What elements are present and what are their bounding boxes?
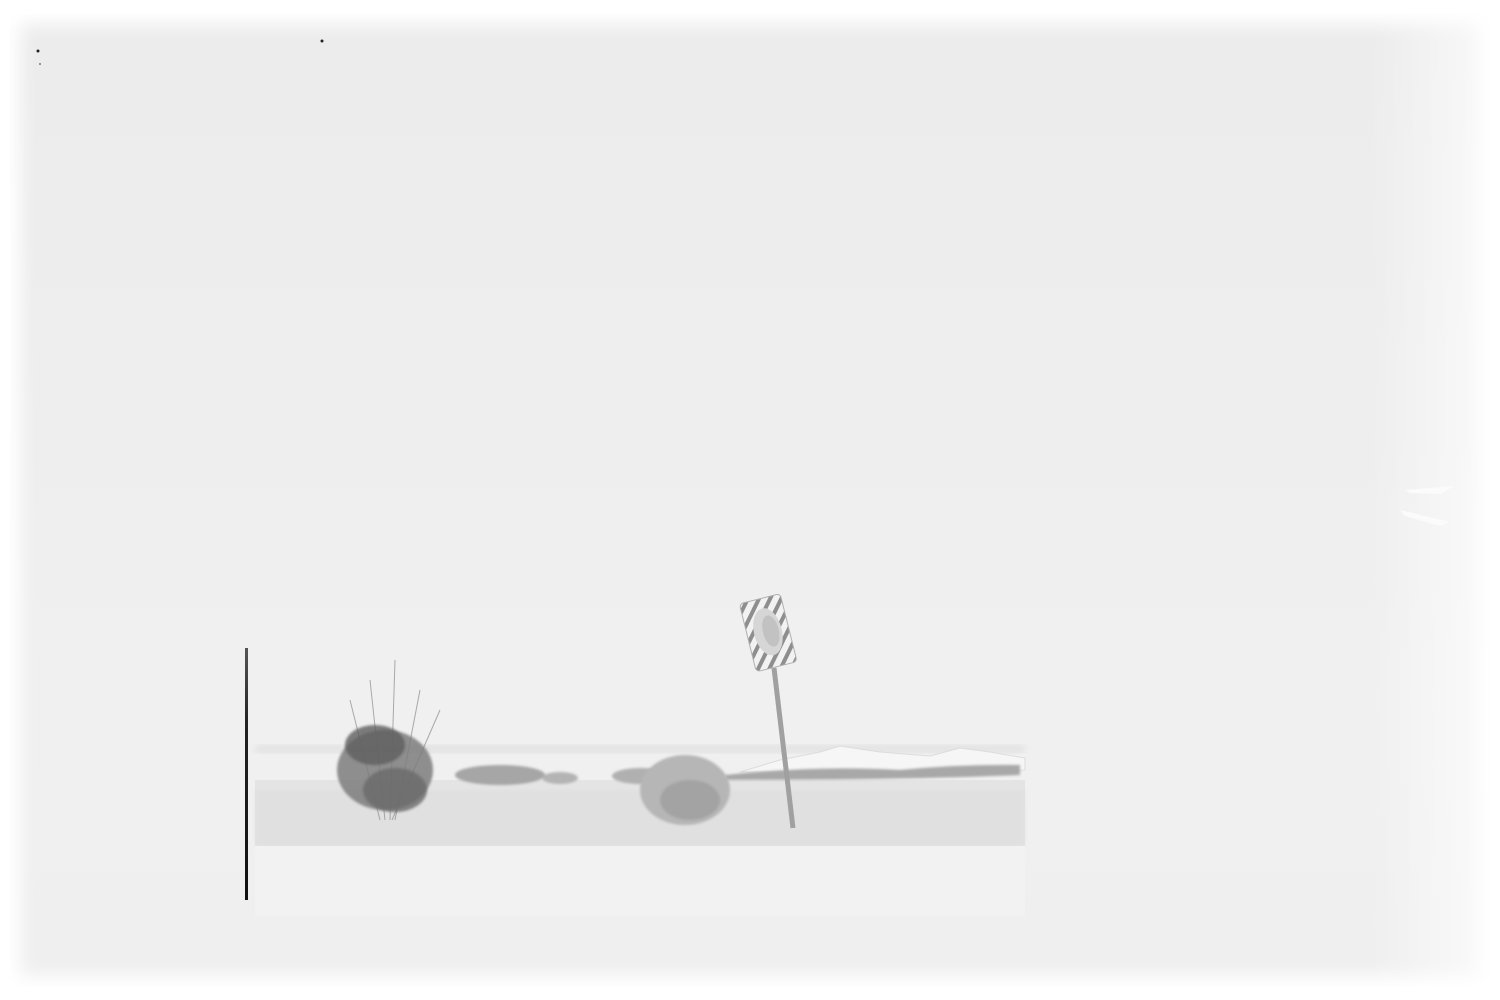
shrub: [337, 660, 440, 820]
bush: [640, 755, 730, 825]
foreground-road: [255, 846, 1025, 916]
film-dust: [37, 40, 324, 66]
vertical-pole: [245, 648, 248, 900]
film-scratch: [1400, 486, 1455, 526]
